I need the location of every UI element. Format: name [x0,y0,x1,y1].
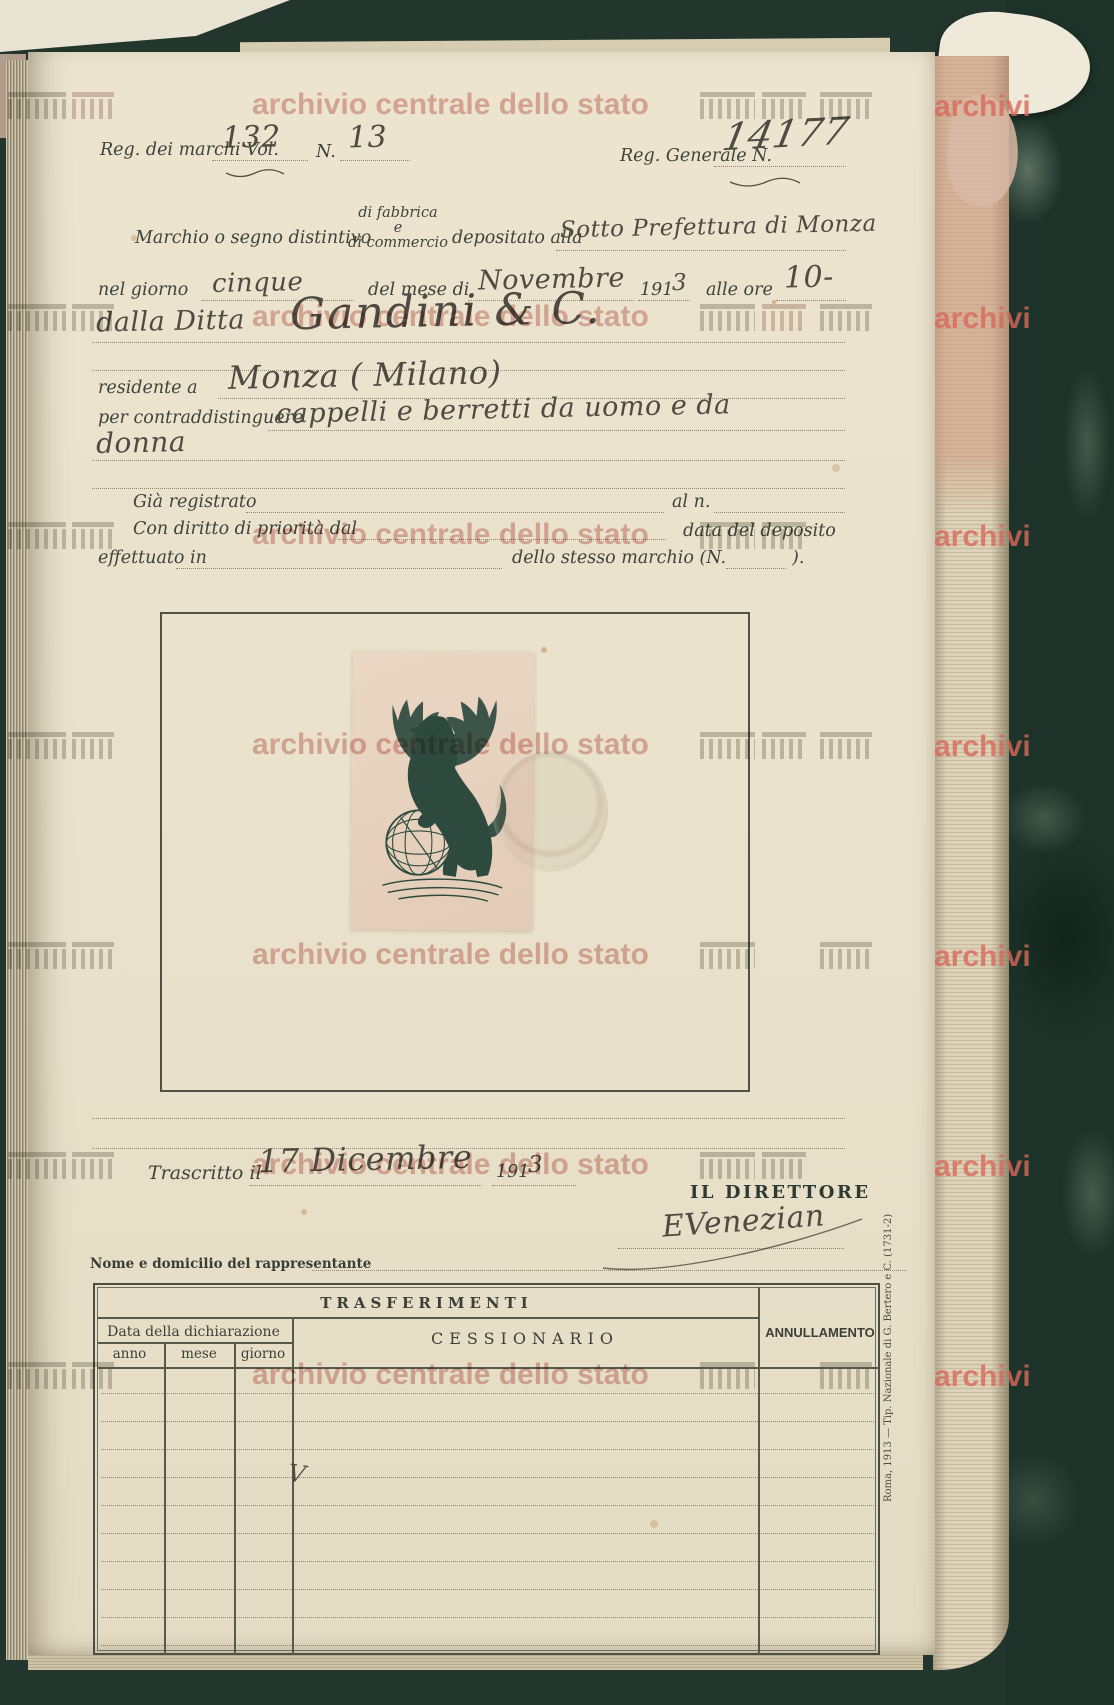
anno-hand-digit: 3 [672,270,688,296]
gia-registrato-label: Già registrato [133,492,256,512]
flourish [224,168,286,180]
table-line [98,1342,292,1344]
col-giorno: giorno [234,1346,292,1362]
table-dotted-row [101,1561,876,1562]
dotted-rule [776,300,846,301]
dotted-rule [250,1185,482,1186]
table-dotted-row [101,1421,876,1422]
table-dotted-row [101,1645,876,1646]
table-line [98,1317,758,1319]
register-page-photo: Reg. dei marchi Vol. 132 N. 13 Reg. Gene… [0,0,1114,1705]
ditta-name-value: Gandini & C. [290,283,603,341]
col-anno: anno [95,1346,164,1362]
col-data-dichiarazione: Data della dichiarazione [95,1324,292,1340]
col-annullamento: ANNULLAMENTO [758,1325,882,1340]
priorita-label: Con diritto di priorità dal [133,519,357,539]
anno-printed: 191 [640,280,673,300]
form-content: Reg. dei marchi Vol. 132 N. 13 Reg. Gene… [0,0,1114,1705]
table-line [164,1342,166,1655]
trascritto-anno-printed: 191 [496,1162,529,1182]
data-deposito-label: data del deposito [683,521,836,541]
residente-label: residente a [98,378,198,398]
prodotti-line2-value: donna [96,425,187,460]
dotted-rule [312,1270,907,1271]
contraddistinguere-label: per contraddistinguere [98,408,303,428]
dotted-rule [714,512,845,513]
dotted-rule [212,160,308,161]
dotted-rule [338,539,666,540]
dotted-rule [340,160,410,161]
depositato-value: Sotto Prefettura di Monza [560,211,877,244]
table-dotted-row [101,1393,876,1394]
marchio-label: Marchio o segno distintivo [135,228,371,248]
dotted-rule [556,250,846,251]
reg-marchi-num-value: 13 [348,120,388,156]
effettuato-label: effettuato in [98,548,207,568]
dotted-rule [246,512,664,513]
table-line [98,1367,879,1369]
n-label: N. [316,142,336,162]
trascritto-date-value: 17 Dicembre [258,1138,473,1180]
stesso-marchio-close: ). [792,548,804,568]
dotted-rule [726,568,786,569]
reg-generale-num-value: 14177 [719,109,852,159]
dotted-rule [92,1118,845,1119]
col-cessionario: CESSIONARIO [292,1329,758,1348]
al-n-label: al n. [672,492,710,512]
table-line [234,1342,236,1655]
dotted-rule [714,166,846,167]
table-title: TRASFERIMENTI [95,1294,758,1312]
stray-pen-mark: V [286,1459,308,1489]
printer-imprint: Roma, 1913 — Tip. Nazionale di G. Berter… [883,1222,899,1502]
nel-giorno-label: nel giorno [98,280,188,300]
table-dotted-row [101,1505,876,1506]
dotted-rule [92,488,845,489]
table-dotted-row [101,1617,876,1618]
residente-value: Monza ( Milano) [228,353,502,397]
fabbrica-label: di fabbrica [338,206,458,221]
trascritto-anno-digit: 3 [528,1152,544,1178]
stesso-marchio-label: dello stesso marchio (N. [512,548,726,568]
flourish [728,176,802,190]
ore-label: alle ore [706,280,773,300]
prodotti-line1-value: cappelli e berretti da uomo e da [276,389,731,430]
dotted-rule [92,460,845,461]
col-mese: mese [164,1346,234,1362]
commercio-label: di commercio [338,236,458,251]
dotted-rule [268,430,845,431]
table-dotted-row [101,1449,876,1450]
table-dotted-row [101,1533,876,1534]
e-label: e [338,221,458,236]
trasferimenti-table: TRASFERIMENTI Data della dichiarazione a… [93,1283,880,1655]
dotted-rule [92,342,845,343]
ore-value: 10- [784,259,835,295]
direttore-label: IL DIRETTORE [690,1182,871,1203]
trascritto-label: Trascritto il [148,1162,262,1184]
ditta-prefix-value: dalla Ditta [96,304,246,338]
dotted-rule [492,1185,576,1186]
dotted-rule [638,300,690,301]
signature-flourish [600,1216,866,1272]
table-dotted-row [101,1477,876,1478]
reg-marchi-vol-value: 132 [222,119,281,155]
fabbrica-commercio-stack: di fabbrica e di commercio [338,206,458,251]
dotted-rule [176,568,502,569]
table-dotted-row [101,1589,876,1590]
embossed-seal [492,748,608,872]
table-line [758,1287,760,1655]
